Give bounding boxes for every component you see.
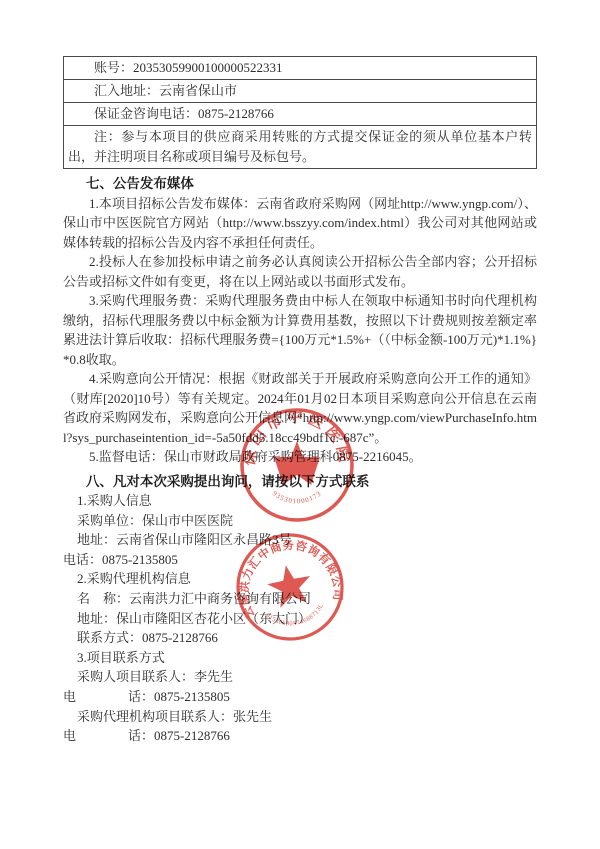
document-page: 账号：20353059900100000522331 汇入地址：云南省保山市 保…	[0, 0, 600, 849]
document-content: 账号：20353059900100000522331 汇入地址：云南省保山市 保…	[63, 56, 537, 746]
paragraph-intention-publicity: 4.采购意向公开情况：根据《财政部关于开展政府采购意向公开工作的通知》（财库[2…	[63, 369, 537, 447]
table-row: 保证金咨询电话：0875-2128766	[64, 103, 537, 126]
paragraph-supervision-phone: 5.监督电话：保山市财政局政府采购管理科0875-2216045。	[63, 447, 537, 467]
section7-heading: 七、公告发布媒体	[63, 174, 537, 194]
agency-name: 名 称：云南洪力汇中商务咨询有限公司	[63, 589, 537, 609]
buyer-phone: 电话：0875-2135805	[63, 550, 537, 570]
buyer-project-phone: 电 话：0875-2135805	[63, 687, 537, 707]
agency-info-title: 2.采购代理机构信息	[63, 569, 537, 589]
table-row: 注：参与本项目的供应商采用转账的方式提交保证金的须从单位基本户转出，并注明项目名…	[64, 126, 537, 169]
agency-project-contact: 采购代理机构项目联系人：张先生	[63, 707, 537, 727]
deposit-note-cell: 注：参与本项目的供应商采用转账的方式提交保证金的须从单位基本户转出，并注明项目名…	[64, 126, 537, 169]
table-row: 汇入地址：云南省保山市	[64, 80, 537, 103]
agency-address: 地址：保山市隆阳区杏花小区（东大门）	[63, 609, 537, 629]
deposit-info-table: 账号：20353059900100000522331 汇入地址：云南省保山市 保…	[63, 56, 537, 169]
buyer-unit: 采购单位：保山市中医医院	[63, 511, 537, 531]
paragraph-media: 1.本项目招标公告发布媒体：云南省政府采购网（网址http://www.yngp…	[63, 194, 537, 253]
agency-contact: 联系方式：0875-2128766	[63, 628, 537, 648]
buyer-address: 地址：云南省保山市隆阳区永昌路3号	[63, 530, 537, 550]
section8-heading: 八、凡对本次采购提出询问，请按以下方式联系	[63, 472, 537, 492]
buyer-project-contact: 采购人项目联系人：李先生	[63, 667, 537, 687]
remit-address-cell: 汇入地址：云南省保山市	[64, 80, 537, 103]
paragraph-bidder-notice: 2.投标人在参加投标申请之前务必认真阅读公开招标公告全部内容；公开招标公告或招标…	[63, 252, 537, 291]
project-contact-title: 3.项目联系方式	[63, 648, 537, 668]
paragraph-agency-fee: 3.采购代理服务费：采购代理服务费由中标人在领取中标通知书时向代理机构缴纳，招标…	[63, 291, 537, 369]
account-number-cell: 账号：20353059900100000522331	[64, 57, 537, 80]
buyer-info-title: 1.采购人信息	[63, 491, 537, 511]
deposit-phone-cell: 保证金咨询电话：0875-2128766	[64, 103, 537, 126]
agency-project-phone: 电 话：0875-2128766	[63, 726, 537, 746]
table-row: 账号：20353059900100000522331	[64, 57, 537, 80]
